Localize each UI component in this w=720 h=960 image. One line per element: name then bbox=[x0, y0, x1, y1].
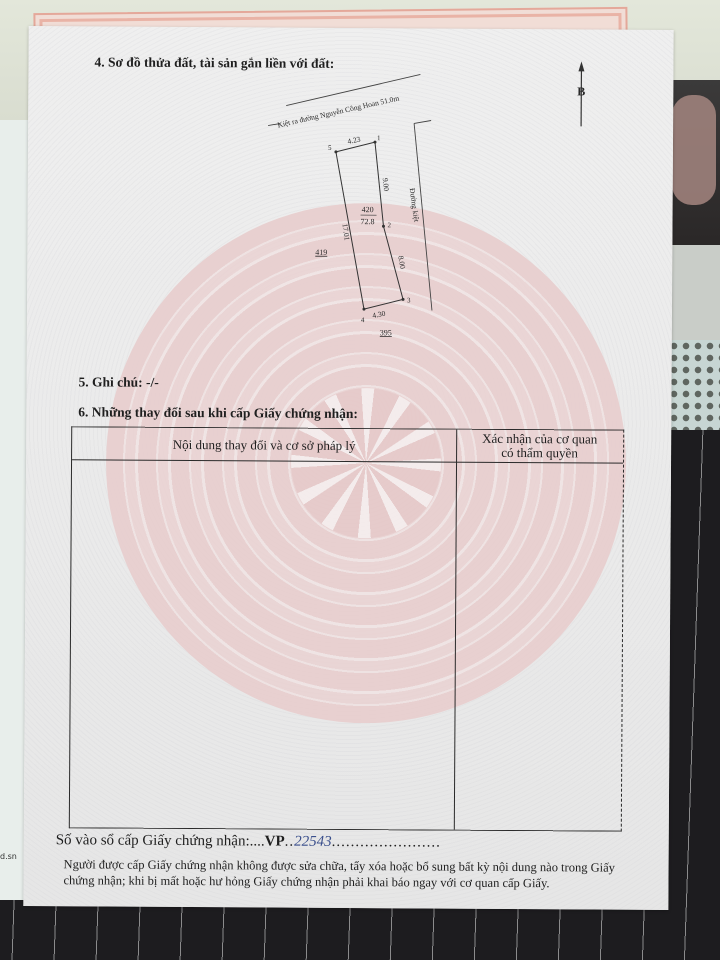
svg-text:420: 420 bbox=[362, 205, 374, 214]
svg-text:Kiệt ra đường Nguyễn Công Hoan: Kiệt ra đường Nguyễn Công Hoan 51.0m bbox=[277, 93, 401, 129]
road-line-top bbox=[286, 74, 420, 107]
registration-prefix: VP bbox=[265, 833, 285, 849]
svg-text:2: 2 bbox=[387, 221, 391, 229]
changes-table: Nội dung thay đổi và cơ sở pháp lý Xác n… bbox=[69, 426, 624, 831]
svg-text:17.01: 17.01 bbox=[341, 223, 352, 241]
svg-text:5: 5 bbox=[328, 144, 332, 152]
svg-text:1: 1 bbox=[377, 134, 381, 142]
section-5-notes: 5. Ghi chú: -/- bbox=[78, 374, 158, 390]
table-header-confirmation: Xác nhận của cơ quan có thẩm quyền bbox=[456, 432, 623, 461]
svg-text:4: 4 bbox=[361, 316, 365, 324]
underlying-sheet-text: d.sn bbox=[0, 852, 17, 861]
svg-text:9.00: 9.00 bbox=[381, 178, 391, 192]
svg-text:72.8: 72.8 bbox=[360, 217, 374, 226]
svg-text:8.00: 8.00 bbox=[396, 255, 407, 270]
registration-number-line: Số vào sổ cấp Giấy chứng nhận:....VP..22… bbox=[56, 832, 441, 851]
land-plot-diagram: B Kiệt ra đường Nguyễn Công Hoan 51.0m Đ… bbox=[27, 26, 674, 370]
svg-text:4.30: 4.30 bbox=[372, 309, 387, 321]
legal-notice: Người được cấp Giấy chứng nhận không đượ… bbox=[63, 856, 618, 891]
table-header-content: Nội dung thay đổi và cơ sở pháp lý bbox=[72, 436, 456, 454]
svg-text:Đường kiệt: Đường kiệt bbox=[408, 187, 422, 223]
background-perforated-panel bbox=[668, 340, 720, 430]
svg-text:4.23: 4.23 bbox=[347, 134, 362, 146]
svg-text:395: 395 bbox=[380, 328, 392, 337]
certificate-page: 4. Sơ đồ thửa đất, tài sản gắn liền với … bbox=[23, 26, 673, 910]
north-arrow-icon: B bbox=[577, 61, 585, 126]
svg-text:B: B bbox=[577, 84, 585, 98]
svg-text:3: 3 bbox=[407, 296, 411, 304]
handwritten-registration-number: 22543 bbox=[294, 834, 332, 850]
section-6-title: 6. Những thay đổi sau khi cấp Giấy chứng… bbox=[78, 404, 358, 422]
svg-text:419: 419 bbox=[315, 248, 327, 257]
background-hand bbox=[672, 95, 716, 205]
